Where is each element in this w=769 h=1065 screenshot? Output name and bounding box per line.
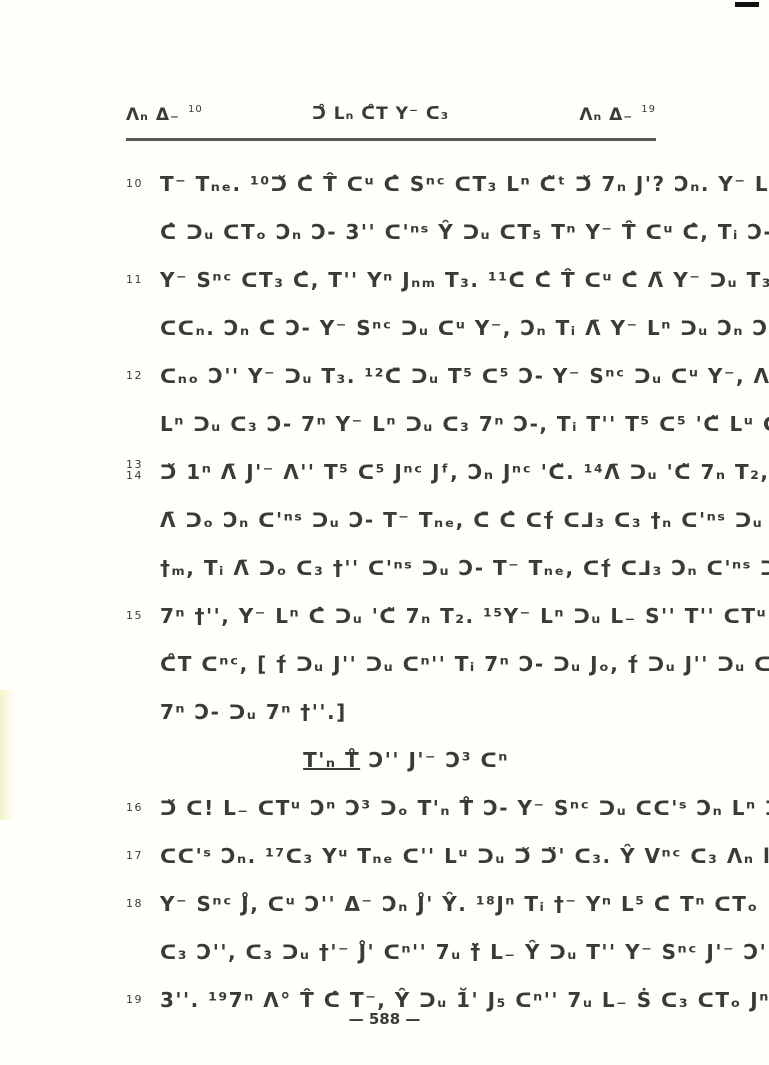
scan-corner-mark (735, 2, 759, 7)
line-text: †ₘ, Tᵢ Λ̄ ᑐₒ ᑕ₃ †'' ᑕ'ⁿˢ ᑐᵤ Ɔ- T⁻ Tₙₑ, ᑕ… (160, 556, 769, 580)
text-line: 18Y⁻ Sⁿᶜ J̊, ᑕᵘ Ɔ'' Δ⁻ Ɔₙ J̊' Ŷ. ¹⁸Jⁿ Tᵢ… (126, 880, 666, 928)
verse-number: 12 (126, 352, 160, 400)
text-line: 1314ᑐ̆ 1ⁿ Λ̄ J'⁻ Λ'' T⁵ ᑕ⁵ Jⁿᶜ Jᶠ, Ɔₙ Jⁿ… (126, 448, 666, 496)
text-line: ᑕᑕₙ. Ɔₙ ᑕ̄ Ɔ- Y⁻ Sⁿᶜ ᑐᵤ ᑕᵘ Y⁻, Ɔₙ Tᵢ Λ̄ … (126, 304, 666, 352)
text-line: 16ᑐ̆ ᑕ! L₋ ᑕTᵘ Ɔⁿ Ɔ³ ᑐₒ T'ₙ T̊ Ɔ- Y⁻ Sⁿᶜ… (126, 784, 666, 832)
text-line: 7ⁿ Ɔ- ᑐᵤ 7ⁿ †''.] (126, 688, 666, 736)
text-line: ᑕ̂ ᑐᵤ ᑕTₒ Ɔₙ Ɔ- 3'' ᑕ'ⁿˢ Ŷ ᑐᵤ ᑕT₅ Tⁿ Y⁻ … (126, 208, 666, 256)
line-text: ᑕ̊T ᑕⁿᶜ, [ †́ ᑐᵤ J'' ᑐᵤ ᑕⁿ'' Tᵢ 7ⁿ Ɔ- ᑐᵤ… (160, 652, 769, 676)
header-rule (126, 138, 656, 141)
line-text: 7ⁿ †'', Y⁻ Lⁿ ᑕ̂ ᑐᵤ 'ᑕ̃ 7ₙ T₂. ¹⁵Y⁻ Lⁿ ᑐ… (160, 604, 767, 628)
line-text: Λ̄ ᑐₒ Ɔₙ ᑕ'ⁿˢ ᑐᵤ Ɔ- T⁻ Tₙₑ, ᑕ̄ ᑕ̂ ᑕ†́ ᑕᒧ… (160, 508, 769, 532)
verse-number: 10 (126, 160, 160, 208)
header-title: ᑐ̊ Lₙ ᑕ̊T Y⁻ ᑕ₃ (312, 104, 449, 124)
text-line: ᑕ̊T ᑕⁿᶜ, [ †́ ᑐᵤ J'' ᑐᵤ ᑕⁿ'' Tᵢ 7ⁿ Ɔ- ᑐᵤ… (126, 640, 666, 688)
verse-number: 15 (126, 592, 160, 640)
section-subheading: T'ₙ T̊ Ɔ'' J'⁻ Ɔ³ ᑕⁿ (126, 736, 666, 784)
line-text: Y⁻ Sⁿᶜ ᑕT₃ ᑕ̂, T'' Yⁿ Jₙₘ T₃. ¹¹ᑕ̄ ᑕ̂ T̂… (160, 268, 769, 292)
line-text: ᑕᑕₙ. Ɔₙ ᑕ̄ Ɔ- Y⁻ Sⁿᶜ ᑐᵤ ᑕᵘ Y⁻, Ɔₙ Tᵢ Λ̄ … (160, 316, 769, 340)
text-line: ᑕ₃ Ɔ'', ᑕ₃ ᑐᵤ †'⁻ J̊' ᑕⁿ'' 7ᵤ †̈ L₋ Ŷ ᑐᵤ… (126, 928, 666, 976)
text-line: 157ⁿ †'', Y⁻ Lⁿ ᑕ̂ ᑐᵤ 'ᑕ̃ 7ₙ T₂. ¹⁵Y⁻ Lⁿ… (126, 592, 666, 640)
page-edge-stain (0, 690, 14, 820)
line-text: ᑕₙₒ Ɔ'' Y⁻ ᑐᵤ T₃. ¹²ᑕ̄ ᑐᵤ T⁵ ᑕ⁵ Ɔ- Y⁻ Sⁿ… (160, 364, 769, 388)
subheading-rest: Ɔ'' J'⁻ Ɔ³ ᑕⁿ (369, 748, 509, 772)
line-text: ᑐ̆ ᑕ! L₋ ᑕTᵘ Ɔⁿ Ɔ³ ᑐₒ T'ₙ T̊ Ɔ- Y⁻ Sⁿᶜ ᑐ… (160, 796, 769, 820)
line-text: ᑐ̆ 1ⁿ Λ̄ J'⁻ Λ'' T⁵ ᑕ⁵ Jⁿᶜ Jᶠ, Ɔₙ Jⁿᶜ 'ᑕ… (160, 460, 769, 484)
text-line: Λ̄ ᑐₒ Ɔₙ ᑕ'ⁿˢ ᑐᵤ Ɔ- T⁻ Tₙₑ, ᑕ̄ ᑕ̂ ᑕ†́ ᑕᒧ… (126, 496, 666, 544)
verse-number: 17 (126, 832, 160, 880)
verse-number-14: 14 (126, 469, 143, 482)
header-right-number: 19 (641, 104, 656, 115)
line-text: 3''. ¹⁹7ⁿ Λ° T̂ ᑕ̂ T⁻, Ŷ ᑐᵤ 1̆' J₅ ᑕⁿ'' … (160, 988, 769, 1012)
text-line: †ₘ, Tᵢ Λ̄ ᑐₒ ᑕ₃ †'' ᑕ'ⁿˢ ᑐᵤ Ɔ- T⁻ Tₙₑ, ᑕ… (126, 544, 666, 592)
header-right-text: Λₙ Δ₋ (579, 105, 633, 125)
line-text: T⁻ Tₙₑ. ¹⁰ᑐ̆ ᑕ̂ T̂ ᑕᵘ ᑕ̂ Sⁿᶜ ᑕT₃ Lⁿ ᑕ̃ᵗ … (160, 172, 769, 196)
text-line: 10T⁻ Tₙₑ. ¹⁰ᑐ̆ ᑕ̂ T̂ ᑕᵘ ᑕ̂ Sⁿᶜ ᑕT₃ Lⁿ ᑕ̃… (126, 160, 666, 208)
line-text: ᑕ̂ ᑐᵤ ᑕTₒ Ɔₙ Ɔ- 3'' ᑕ'ⁿˢ Ŷ ᑐᵤ ᑕT₅ Tⁿ Y⁻ … (160, 220, 769, 244)
verse-number: 18 (126, 880, 160, 928)
text-line: 17ᑕᑕ'ˢ Ɔₙ. ¹⁷ᑕ₃ Yᵘ Tₙₑ ᑕ'' Lᵘ ᑐᵤ ᑐ̆ ᑐ̈' … (126, 832, 666, 880)
header-left-text: Λₙ Δ₋ (126, 105, 180, 125)
page-number: — 588 — (0, 1010, 769, 1028)
header-left-number: 10 (188, 104, 203, 115)
line-text: ᑕᑕ'ˢ Ɔₙ. ¹⁷ᑕ₃ Yᵘ Tₙₑ ᑕ'' Lᵘ ᑐᵤ ᑐ̆ ᑐ̈' ᑕ₃… (160, 844, 769, 868)
verse-number: 1314 (126, 459, 160, 481)
text-line: Lⁿ ᑐᵤ ᑕ₃ Ɔ- 7ⁿ Y⁻ Lⁿ ᑐᵤ ᑕ₃ 7ⁿ Ɔ-, Tᵢ T''… (126, 400, 666, 448)
verse-number: 16 (126, 784, 160, 832)
running-header: Λₙ Δ₋10 ᑐ̊ Lₙ ᑕ̊T Y⁻ ᑕ₃ Λₙ Δ₋19 (126, 104, 656, 130)
text-line: 12ᑕₙₒ Ɔ'' Y⁻ ᑐᵤ T₃. ¹²ᑕ̄ ᑐᵤ T⁵ ᑕ⁵ Ɔ- Y⁻ … (126, 352, 666, 400)
subheading-underlined: T'ₙ T̊ (303, 748, 360, 772)
text-line: 11Y⁻ Sⁿᶜ ᑕT₃ ᑕ̂, T'' Yⁿ Jₙₘ T₃. ¹¹ᑕ̄ ᑕ̂ … (126, 256, 666, 304)
line-text: Lⁿ ᑐᵤ ᑕ₃ Ɔ- 7ⁿ Y⁻ Lⁿ ᑐᵤ ᑕ₃ 7ⁿ Ɔ-, Tᵢ T''… (160, 412, 769, 436)
line-text: 7ⁿ Ɔ- ᑐᵤ 7ⁿ †''.] (160, 700, 347, 724)
header-left: Λₙ Δ₋10 (126, 104, 203, 125)
header-right: Λₙ Δ₋19 (579, 104, 656, 125)
verse-number: 11 (126, 256, 160, 304)
line-text: Y⁻ Sⁿᶜ J̊, ᑕᵘ Ɔ'' Δ⁻ Ɔₙ J̊' Ŷ. ¹⁸Jⁿ Tᵢ †… (160, 892, 759, 916)
page-body: 10T⁻ Tₙₑ. ¹⁰ᑐ̆ ᑕ̂ T̂ ᑕᵘ ᑕ̂ Sⁿᶜ ᑕT₃ Lⁿ ᑕ̃… (126, 160, 666, 1024)
line-text: ᑕ₃ Ɔ'', ᑕ₃ ᑐᵤ †'⁻ J̊' ᑕⁿ'' 7ᵤ †̈ L₋ Ŷ ᑐᵤ… (160, 940, 769, 964)
